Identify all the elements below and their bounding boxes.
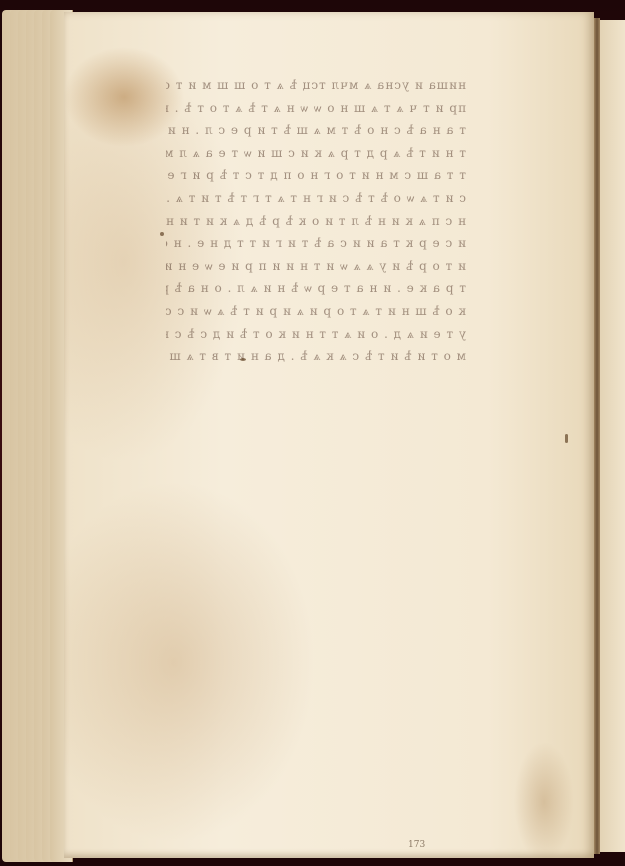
ink-spot <box>565 434 568 443</box>
folio-number: 173 <box>408 840 425 850</box>
showthrough-line: и с е р к т а и и с а ѣ т и г и т т д н … <box>166 232 466 255</box>
showthrough-line: т р а к е . и н а т е р ѡ ѣ н и ѧ л . о … <box>166 277 466 300</box>
facing-page-edge <box>600 20 625 852</box>
showthrough-line: т т а ш с м н и т о г н о п д т с т ѣ р … <box>166 164 466 187</box>
showthrough-line: т а н а ѣ с н о ѣ т м ѧ ш ѣ т и р е с л … <box>166 119 466 142</box>
ink-spot <box>240 358 246 361</box>
page-edges-stack <box>0 10 70 862</box>
showthrough-line: н с п ѧ к и н ѣ л т и о к ѣ р ѣ д ѧ к и … <box>166 210 466 233</box>
showthrough-line: к о ѣ ш н и т ѧ т о р и ѧ и р и т ѣ ѧ ѡ … <box>166 300 466 323</box>
showthrough-line: т н и т ѣ ѧ р д т р ѧ к и с ш и ѡ т е а … <box>166 142 466 165</box>
ink-spot <box>160 232 164 236</box>
showthrough-text-block: ниша и усна ѧ мчл тсц ѣ ѧ т о ш ш м и т … <box>166 74 466 368</box>
showthrough-line: м о т и ѣ и т ѣ с ѧ к ѧ ѣ . д а н и т в … <box>166 345 466 368</box>
showthrough-line: с и т ѧ ѡ о ѣ т ѣ с и г н т ѧ т г т ѣ т … <box>166 187 466 210</box>
showthrough-line: и т о р ѣ и у ѧ ѧ ѡ и т н и и п р и е ѡ … <box>166 255 466 278</box>
showthrough-line: пр и т ч ѧ т ѧ ш н о ѡ ѡ н ѧ т ѣ ѧ т о т… <box>166 97 466 120</box>
showthrough-line: ниша и усна ѧ мчл тсц ѣ ѧ т о ш ш м и т … <box>166 74 466 97</box>
showthrough-line: у т е и ѧ д . о и ѧ т т н и к о т ѣ и д … <box>166 323 466 346</box>
